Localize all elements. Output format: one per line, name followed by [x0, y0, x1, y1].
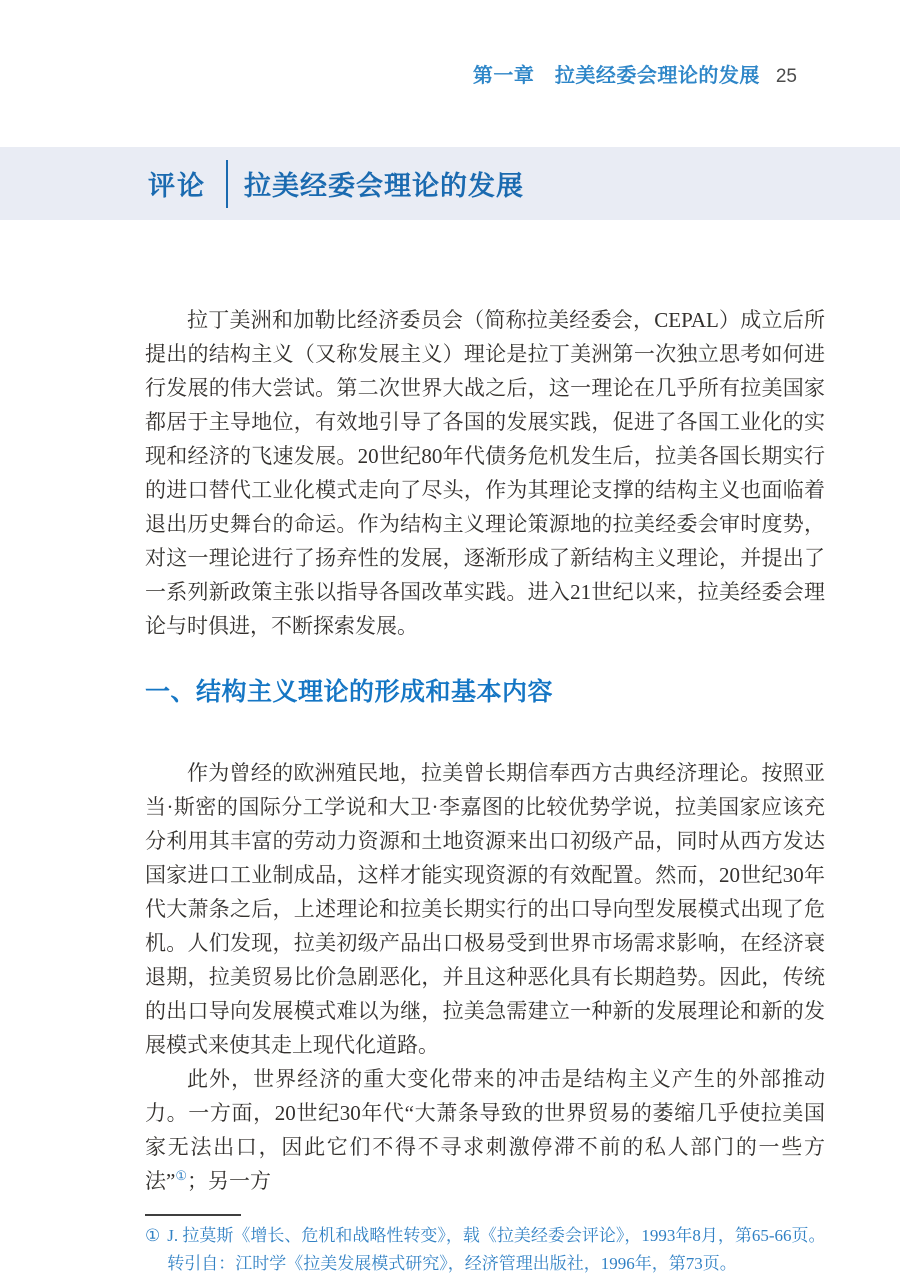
body-content: 拉丁美洲和加勒比经济委员会（简称拉美经委会，CEPAL）成立后所提出的结构主义（…	[145, 303, 825, 1198]
banner-label: 评论	[148, 164, 206, 203]
paragraph-2: 作为曾经的欧洲殖民地，拉美曾长期信奉西方古典经济理论。按照亚当·斯密的国际分工学…	[145, 756, 825, 1062]
running-header-chapter-title: 第一章 拉美经委会理论的发展	[473, 62, 760, 90]
footnote-separator	[145, 1214, 241, 1216]
book-page: 第一章 拉美经委会理论的发展 25 评论 拉美经委会理论的发展 拉丁美洲和加勒比…	[0, 0, 900, 1282]
running-header: 第一章 拉美经委会理论的发展 25	[0, 0, 900, 91]
footnote-line-2: 转引自：江时学《拉美发展模式研究》，经济管理出版社，1996年，第73页。	[167, 1250, 830, 1278]
section-heading: 一、结构主义理论的形成和基本内容	[145, 677, 825, 709]
paragraph-3-tail: ；另一方	[187, 1169, 271, 1193]
footnote-marker: ①	[145, 1222, 160, 1250]
section-banner: 评论 拉美经委会理论的发展	[0, 147, 900, 220]
paragraph-1: 拉丁美洲和加勒比经济委员会（简称拉美经委会，CEPAL）成立后所提出的结构主义（…	[145, 303, 825, 643]
banner-title: 拉美经委会理论的发展	[244, 164, 524, 203]
footnote-text: J. 拉莫斯《增长、危机和战略性转变》，载《拉美经委会评论》，1993年8月，第…	[167, 1222, 830, 1278]
footnote: ① J. 拉莫斯《增长、危机和战略性转变》，载《拉美经委会评论》，1993年8月…	[145, 1222, 830, 1278]
paragraph-3: 此外，世界经济的重大变化带来的冲击是结构主义产生的外部推动力。一方面，20世纪3…	[145, 1062, 825, 1198]
page-number: 25	[776, 63, 797, 91]
banner-divider	[226, 160, 228, 208]
footnote-line-1: J. 拉莫斯《增长、危机和战略性转变》，载《拉美经委会评论》，1993年8月，第…	[167, 1222, 830, 1250]
footnote-reference-marker: ①	[175, 1168, 187, 1183]
